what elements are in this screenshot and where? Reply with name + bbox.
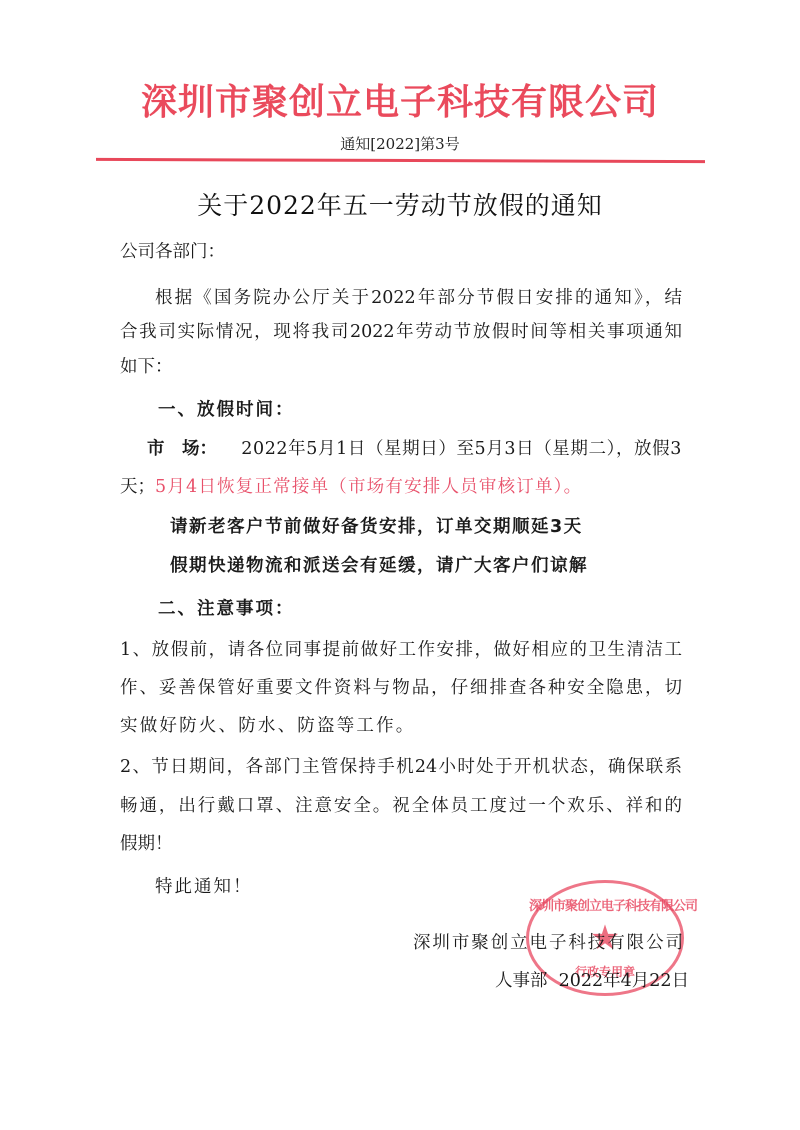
resume-prefix: 天； <box>120 477 155 497</box>
market-dates: 2022年5月1日（星期日）至5月3日（星期二），放假3 <box>241 437 682 461</box>
section2-heading: 二、注意事项： <box>158 597 720 621</box>
resume-orders-highlight: 5月4日恢复正常接单（市场有安排人员审核订单）。 <box>155 477 582 497</box>
intro-line-2: 合我司实际情况，现将我司2022年劳动节放假时间等相关事项通知 <box>120 320 682 344</box>
item2-line-3: 假期！ <box>120 832 682 856</box>
customer-notice-1: 请新老客户节前做好备货安排，订单交期顺延3天 <box>170 515 732 539</box>
item1-line-3: 实做好防火、防水、防盗等工作。 <box>120 714 682 738</box>
section1-heading: 一、放假时间： <box>158 398 720 422</box>
notice-title: 关于2022年五一劳动节放假的通知 <box>0 186 800 222</box>
item1-line-1: 1、放假前，请各位同事提前做好工作安排，做好相应的卫生清洁工 <box>120 638 682 662</box>
signature-department-date: 人事部 2022年4月22日 <box>495 967 683 992</box>
market-label: 市 场： <box>147 437 217 461</box>
intro-line-3: 如下： <box>120 355 682 379</box>
customer-notice-2: 假期快递物流和派送会有延缓，请广大客户们谅解 <box>170 554 732 578</box>
seal-company-text: 深圳市聚创立电子科技有限公司 <box>529 895 681 914</box>
document-number: 通知[2022]第3号 <box>0 133 800 154</box>
resume-line: 天；5月4日恢复正常接单（市场有安排人员审核订单）。 <box>120 475 682 499</box>
item1-line-2: 作、妥善保管好重要文件资料与物品，仔细排查各种安全隐患，切 <box>120 676 682 700</box>
signature-company: 深圳市聚创立电子科技有限公司 <box>413 929 683 954</box>
item2-line-1: 2、节日期间，各部门主管保持手机24小时处于开机状态，确保联系 <box>120 755 682 779</box>
intro-line-1: 根据《国务院办公厅关于2022年部分节假日安排的通知》，结 <box>155 286 682 310</box>
letterhead-red-rule <box>96 158 705 163</box>
salutation: 公司各部门： <box>120 240 682 264</box>
company-letterhead-title: 深圳市聚创立电子科技有限公司 <box>0 74 800 125</box>
market-line: 市 场： 2022年5月1日（星期日）至5月3日（星期二），放假3 <box>147 437 682 461</box>
item2-line-2: 畅通，出行戴口罩、注意安全。祝全体员工度过一个欢乐、祥和的 <box>120 794 682 818</box>
